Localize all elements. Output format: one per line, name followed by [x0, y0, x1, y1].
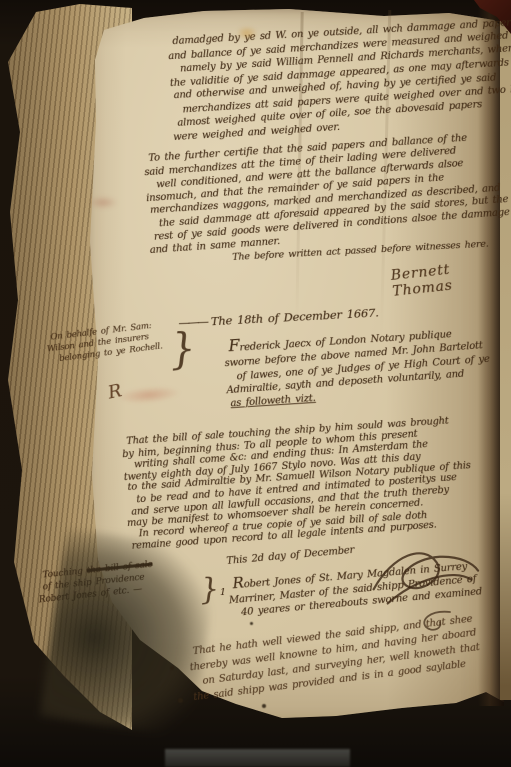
ink-speck: [250, 622, 253, 625]
paper-stain-spot: [236, 26, 258, 40]
ink-speck: [178, 698, 183, 703]
corner-stain: [40, 528, 220, 738]
adjacent-page-edge: [500, 10, 511, 700]
margin-marker: 1: [220, 588, 226, 598]
paper-stain-spot: [88, 196, 118, 209]
margin-brace: }: [168, 324, 197, 374]
manuscript-photo: damadged by ye sd W. on ye outside, all …: [0, 0, 511, 767]
ink-speck: [170, 666, 174, 670]
entry1-paragraph-1: damadged by ye sd W. on ye outside, all …: [172, 16, 500, 143]
ink-speck: [262, 704, 266, 708]
binding-cloth-strip: [165, 749, 350, 767]
